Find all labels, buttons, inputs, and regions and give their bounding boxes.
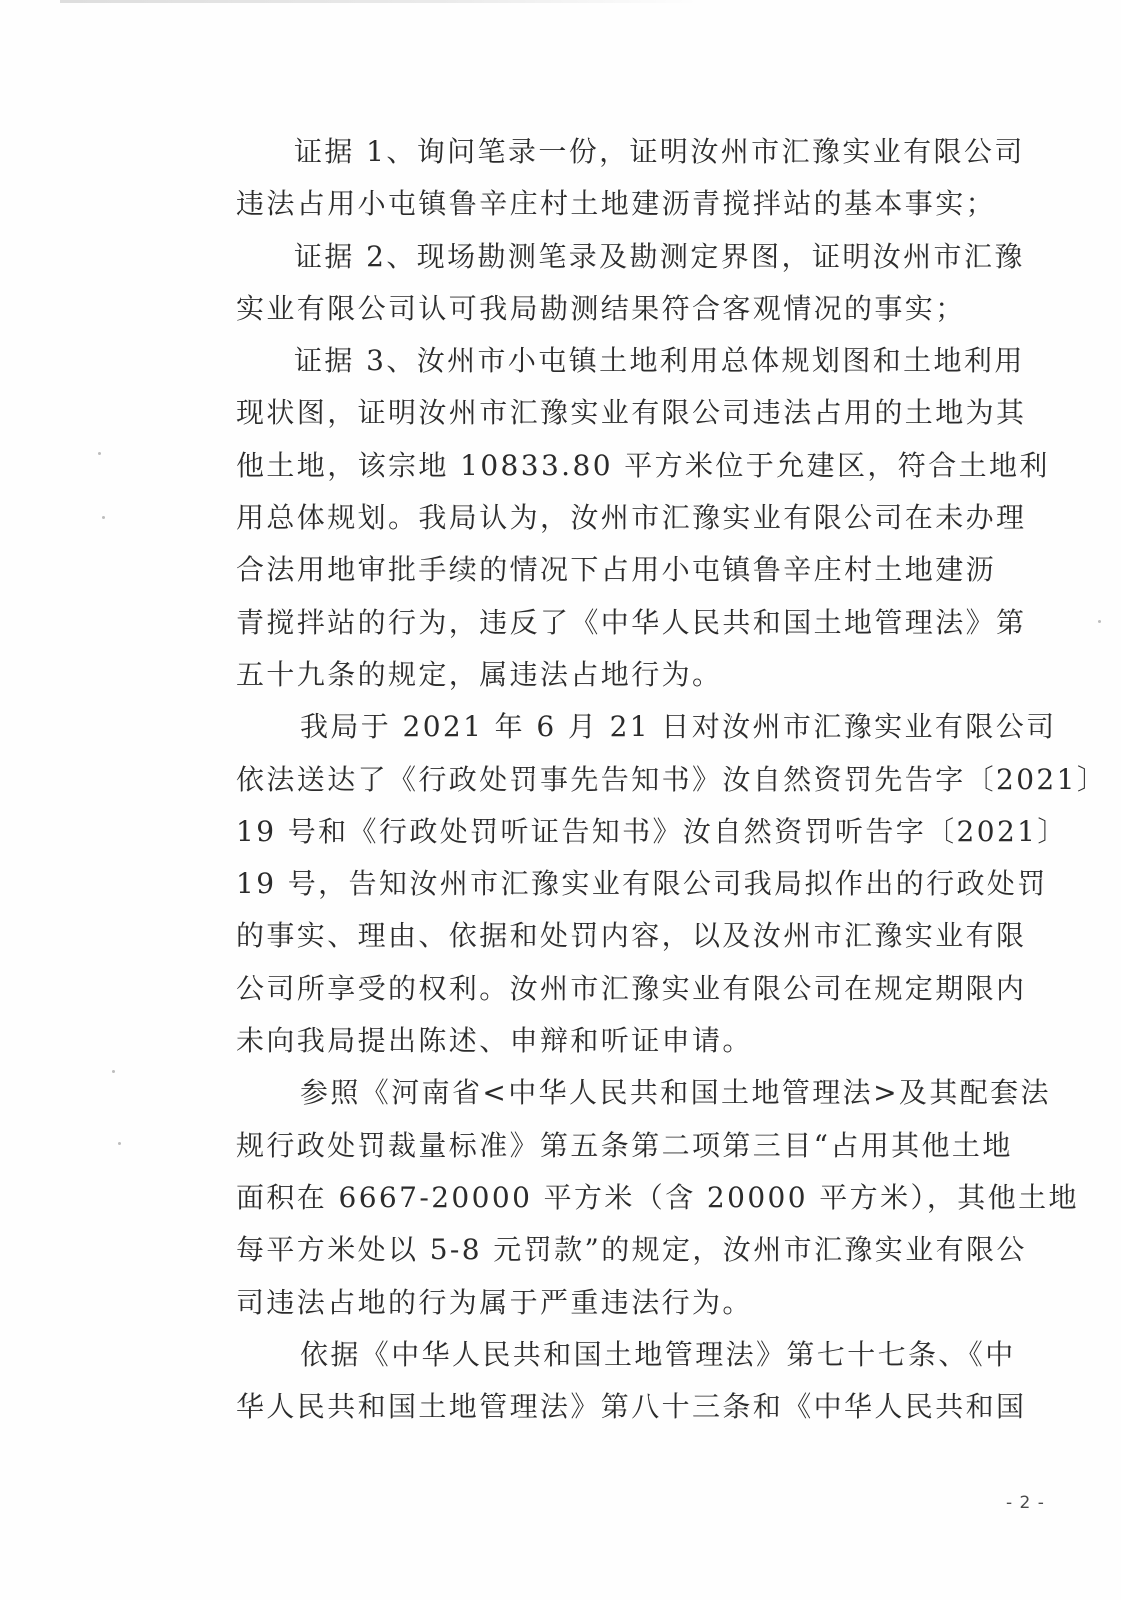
scan-edge-artifact	[60, 0, 700, 3]
paragraph-notice-line-7: 未向我局提出陈述、申辩和听证申请。	[236, 1015, 1026, 1067]
document-page: 证据 1、询问笔录一份，证明汝州市汇豫实业有限公司 违法占用小屯镇鲁辛庄村土地建…	[0, 0, 1121, 1600]
paragraph-evidence-2-line-2: 实业有限公司认可我局勘测结果符合客观情况的事实；	[236, 283, 1026, 335]
paragraph-notice-line-4: 19 号，告知汝州市汇豫实业有限公司我局拟作出的行政处罚	[236, 858, 1026, 910]
paragraph-notice-line-2: 依法送达了《行政处罚事先告知书》汝自然资罚先告字〔2021〕	[236, 754, 1026, 806]
page-number: - 2 -	[1006, 1493, 1045, 1513]
paragraph-reference-line-5: 司违法占地的行为属于严重违法行为。	[236, 1277, 1026, 1329]
paragraph-notice-line-3: 19 号和《行政处罚听证告知书》汝自然资罚听告字〔2021〕	[236, 806, 1026, 858]
paragraph-reference-line-1: 参照《河南省<中华人民共和国土地管理法>及其配套法	[236, 1067, 1026, 1119]
paragraph-evidence-3-line-3: 他土地，该宗地 10833.80 平方米位于允建区，符合土地利	[236, 440, 1026, 492]
paragraph-basis-line-2: 华人民共和国土地管理法》第八十三条和《中华人民共和国	[236, 1381, 1026, 1433]
paragraph-basis-line-1: 依据《中华人民共和国土地管理法》第七十七条、《中	[236, 1329, 1026, 1381]
paragraph-evidence-2-line-1: 证据 2、现场勘测笔录及勘测定界图，证明汝州市汇豫	[236, 231, 1026, 283]
scan-speck	[102, 516, 105, 519]
scan-speck	[112, 1070, 115, 1073]
paragraph-evidence-1-line-1: 证据 1、询问笔录一份，证明汝州市汇豫实业有限公司	[236, 126, 1026, 178]
paragraph-evidence-3-line-4: 用总体规划。我局认为，汝州市汇豫实业有限公司在未办理	[236, 492, 1026, 544]
paragraph-notice-line-1: 我局于 2021 年 6 月 21 日对汝州市汇豫实业有限公司	[236, 701, 1026, 753]
paragraph-evidence-3-line-7: 五十九条的规定，属违法占地行为。	[236, 649, 1026, 701]
scan-speck	[1098, 620, 1101, 623]
paragraph-evidence-3-line-1: 证据 3、汝州市小屯镇土地利用总体规划图和土地利用	[236, 335, 1026, 387]
paragraph-reference-line-4: 每平方米处以 5-8 元罚款”的规定，汝州市汇豫实业有限公	[236, 1224, 1026, 1276]
document-body: 证据 1、询问笔录一份，证明汝州市汇豫实业有限公司 违法占用小屯镇鲁辛庄村土地建…	[236, 126, 1026, 1433]
paragraph-notice-line-5: 的事实、理由、依据和处罚内容，以及汝州市汇豫实业有限	[236, 910, 1026, 962]
paragraph-reference-line-3: 面积在 6667-20000 平方米（含 20000 平方米），其他土地	[236, 1172, 1026, 1224]
paragraph-evidence-3-line-2: 现状图，证明汝州市汇豫实业有限公司违法占用的土地为其	[236, 387, 1026, 439]
paragraph-evidence-1-line-2: 违法占用小屯镇鲁辛庄村土地建沥青搅拌站的基本事实；	[236, 178, 1026, 230]
paragraph-evidence-3-line-5: 合法用地审批手续的情况下占用小屯镇鲁辛庄村土地建沥	[236, 544, 1026, 596]
scan-speck	[98, 452, 101, 455]
scan-speck	[118, 1142, 121, 1145]
paragraph-notice-line-6: 公司所享受的权利。汝州市汇豫实业有限公司在规定期限内	[236, 963, 1026, 1015]
paragraph-reference-line-2: 规行政处罚裁量标准》第五条第二项第三目“占用其他土地	[236, 1120, 1026, 1172]
paragraph-evidence-3-line-6: 青搅拌站的行为，违反了《中华人民共和国土地管理法》第	[236, 597, 1026, 649]
